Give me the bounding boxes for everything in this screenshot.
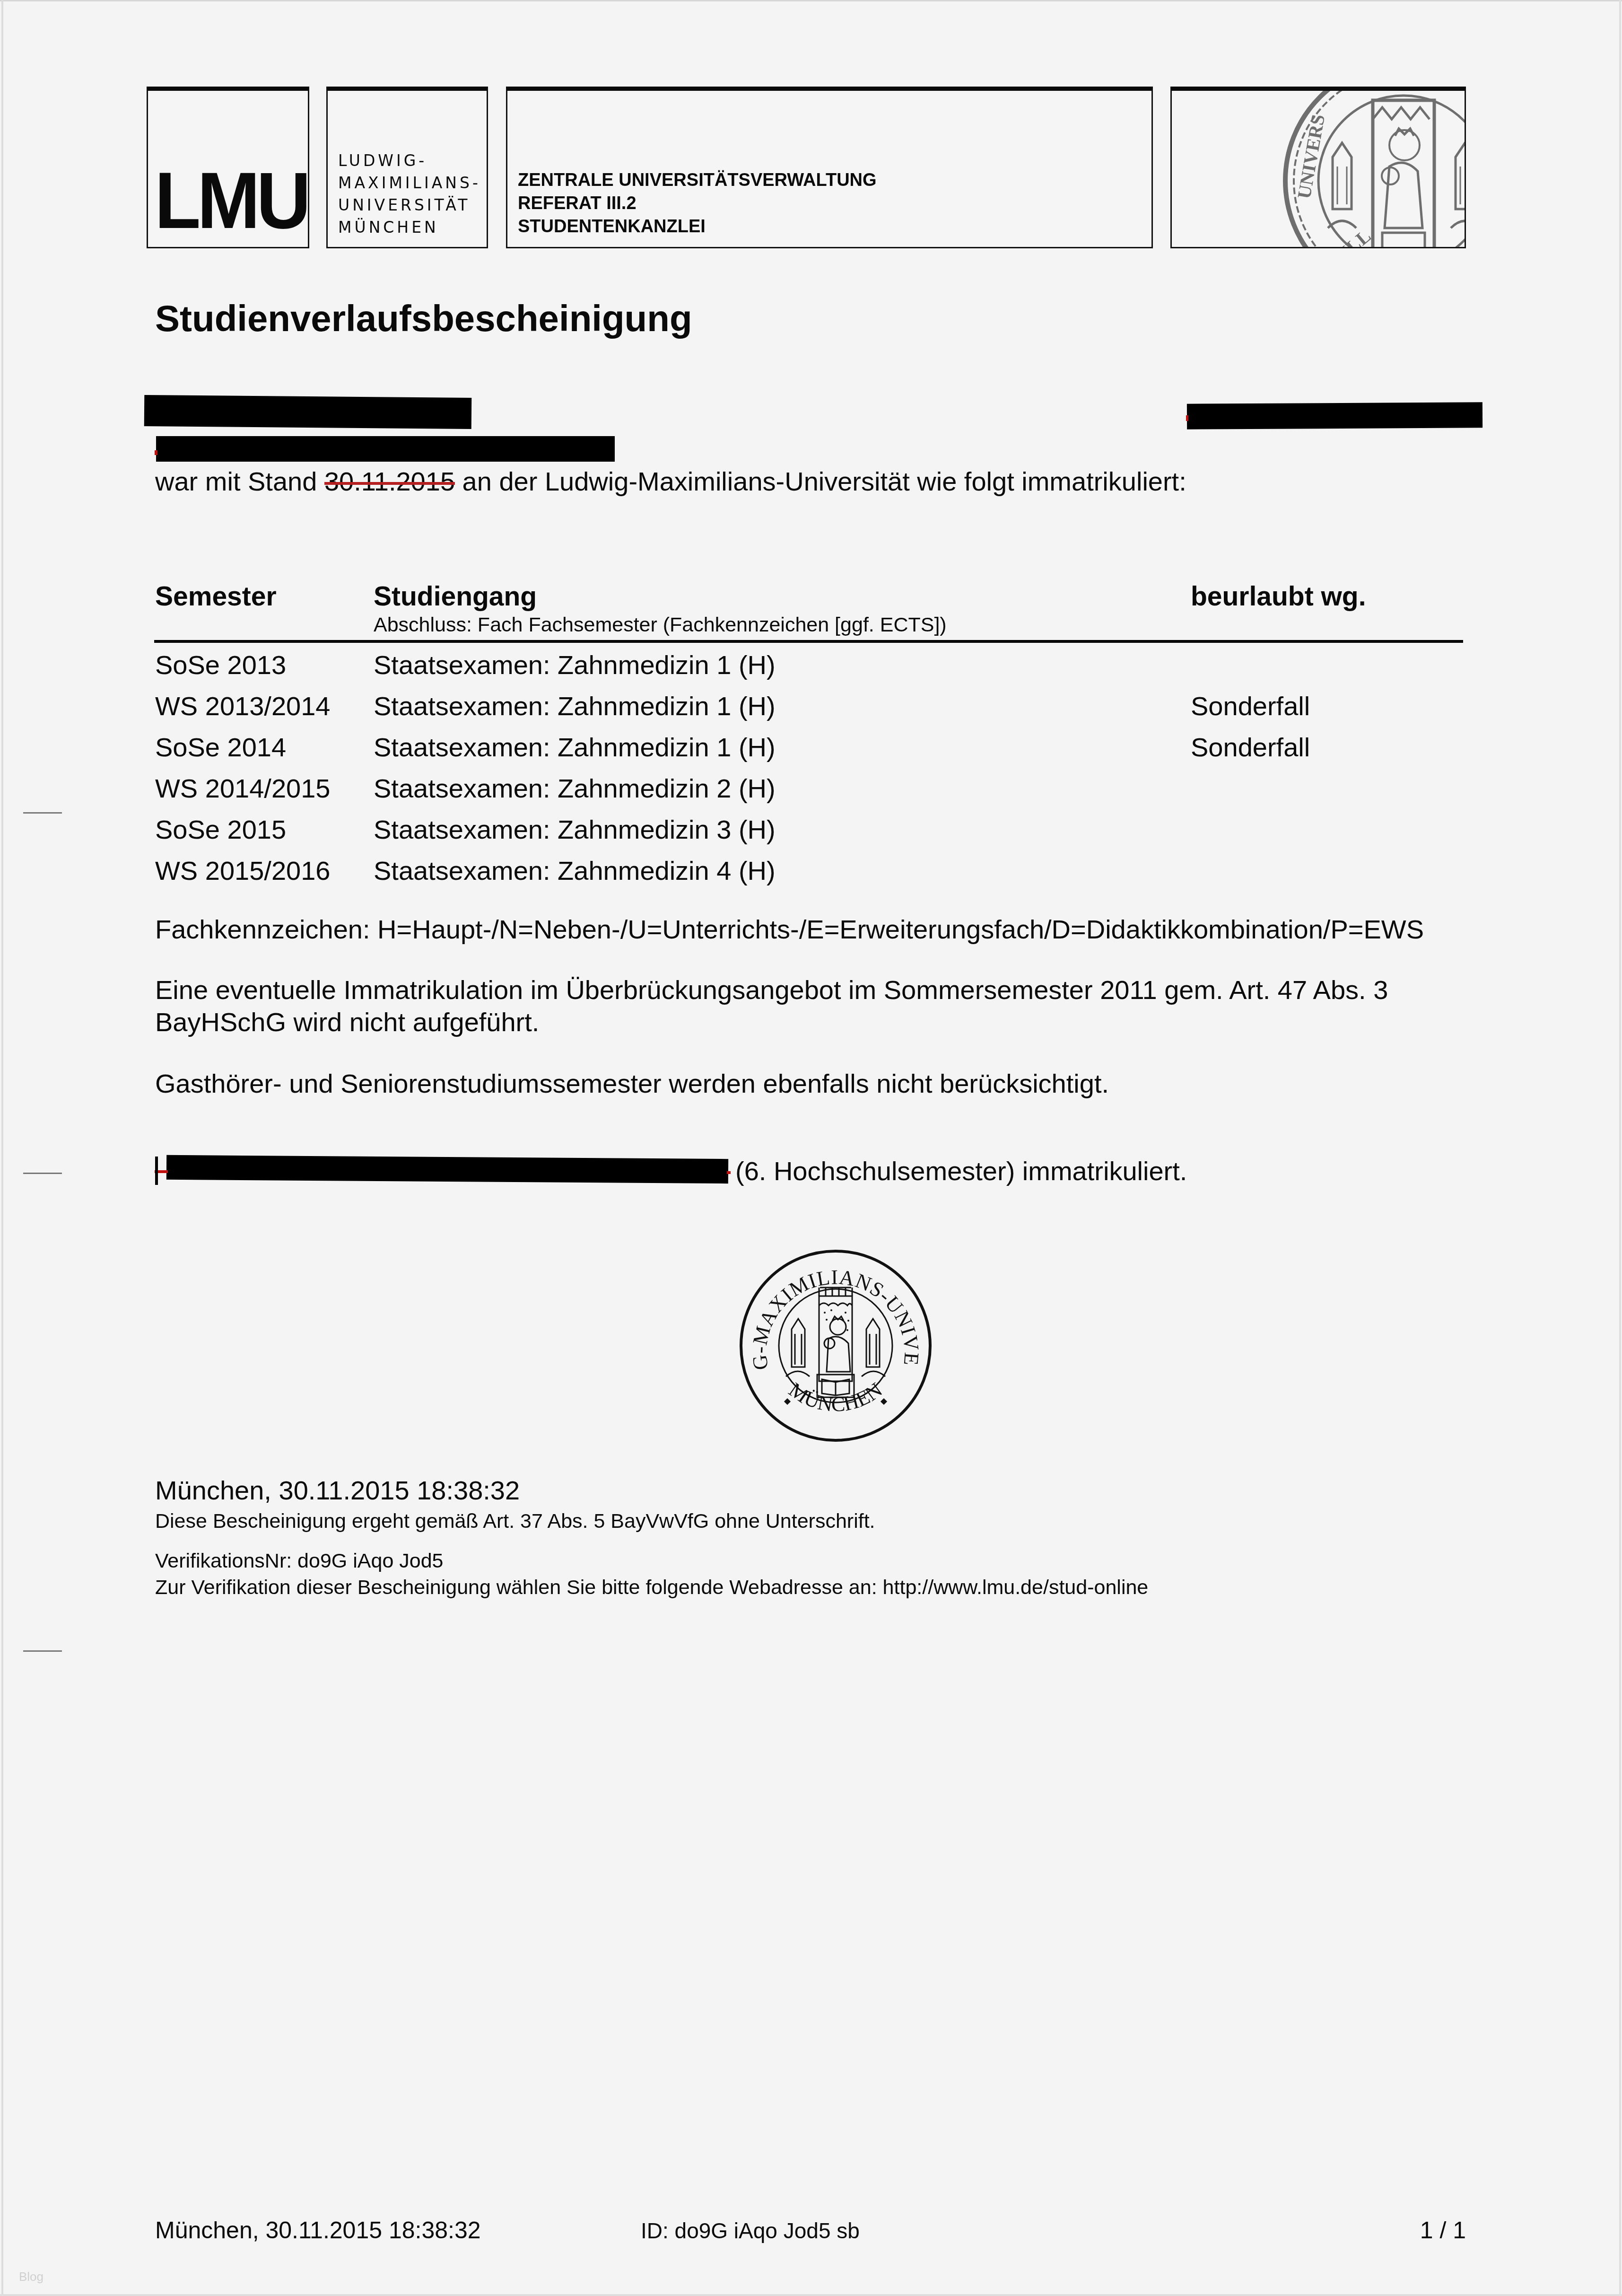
bridge-note-line-2: BayHSchG wird nicht aufgeführt. <box>155 1007 539 1037</box>
cell-beurlaubt: Sonderfall <box>1191 691 1310 721</box>
table-row: SoSe 2013 Staatsexamen: Zahnmedizin 1 (H… <box>0 649 1622 687</box>
cell-semester: SoSe 2014 <box>155 732 286 762</box>
university-name: LUDWIG- MAXIMILIANS- UNIVERSITÄT MÜNCHEN <box>338 149 481 238</box>
university-seal-icon: LUDWIG-MAXIMILIANS-UNIVERSITÄT MÜNCHEN <box>739 1249 933 1443</box>
column-header-beurlaubt: beurlaubt wg. <box>1191 581 1366 612</box>
department-line: REFERAT III.2 <box>518 192 877 215</box>
watermark: Blog <box>19 2270 44 2284</box>
table-row: WS 2014/2015 Staatsexamen: Zahnmedizin 2… <box>0 773 1622 811</box>
verification-instructions: Zur Verifikation dieser Bescheinigung wä… <box>155 1576 1148 1599</box>
redacted-first-letter <box>155 1157 167 1185</box>
svg-text:SIGILL: SIGILL <box>1311 225 1375 248</box>
hochschulsemester-statement: (6. Hochschulsemester) immatrikuliert. <box>735 1156 1187 1186</box>
cell-studiengang: Staatsexamen: Zahnmedizin 2 (H) <box>374 773 776 804</box>
footer-date: München, 30.11.2015 18:38:32 <box>155 2217 481 2244</box>
redacted-birth-info <box>156 436 615 462</box>
university-name-line: MÜNCHEN <box>338 216 481 238</box>
column-subheader-studiengang: Abschluss: Fach Fachsemester (Fachkennze… <box>374 613 947 637</box>
red-edit-mark <box>1186 415 1188 421</box>
cell-semester: SoSe 2015 <box>155 814 286 845</box>
table-header-rule <box>154 640 1463 643</box>
page-edge-top <box>0 0 1622 1</box>
university-seal-icon: UNIVERS SIGILL <box>1281 87 1466 248</box>
fachkennzeichen-legend: Fachkennzeichen: H=Haupt-/N=Neben-/U=Unt… <box>155 914 1424 945</box>
page-edge-right <box>1619 0 1621 2296</box>
intro-statement: war mit Stand 30.11.2015 an der Ludwig-M… <box>155 466 1186 497</box>
verification-number: VerifikationsNr: do9G iAqo Jod5 <box>155 1550 444 1573</box>
table-row: SoSe 2015 Staatsexamen: Zahnmedizin 3 (H… <box>0 814 1622 852</box>
issue-place-date: München, 30.11.2015 18:38:32 <box>155 1475 520 1506</box>
intro-prefix: war mit Stand <box>155 466 324 496</box>
cell-semester: SoSe 2013 <box>155 649 286 680</box>
university-name-line: UNIVERSITÄT <box>338 194 481 216</box>
document-title: Studienverlaufsbescheinigung <box>155 297 692 340</box>
red-edit-mark <box>155 450 157 455</box>
table-row: SoSe 2014 Staatsexamen: Zahnmedizin 1 (H… <box>0 732 1622 770</box>
page-edge-left <box>1 0 3 2296</box>
fold-mark <box>23 1173 62 1174</box>
header-department-box: ZENTRALE UNIVERSITÄTSVERWALTUNG REFERAT … <box>506 87 1153 248</box>
cell-semester: WS 2014/2015 <box>155 773 330 804</box>
column-header-studiengang: Studiengang <box>374 581 537 612</box>
table-row: WS 2015/2016 Staatsexamen: Zahnmedizin 4… <box>0 855 1622 893</box>
university-name-line: MAXIMILIANS- <box>338 172 481 194</box>
header-seal-box: UNIVERS SIGILL <box>1170 87 1466 248</box>
redacted-name <box>144 395 472 429</box>
bridge-note-line-1: Eine eventuelle Immatrikulation im Überb… <box>155 974 1388 1005</box>
university-name-line: LUDWIG- <box>338 149 481 172</box>
footer-page-number: 1 / 1 <box>1420 2217 1466 2244</box>
redacted-matriculation-number <box>1187 402 1482 429</box>
header-logo-box: LMU <box>147 87 309 248</box>
no-signature-note: Diese Bescheinigung ergeht gemäß Art. 37… <box>155 1510 875 1533</box>
column-header-semester: Semester <box>155 581 277 612</box>
cell-beurlaubt: Sonderfall <box>1191 732 1310 762</box>
header-university-name-box: LUDWIG- MAXIMILIANS- UNIVERSITÄT MÜNCHEN <box>326 87 488 248</box>
guest-semester-note: Gasthörer- und Seniorenstudiumssemester … <box>155 1068 1109 1099</box>
page-edge-bottom <box>0 2294 1622 2296</box>
cell-studiengang: Staatsexamen: Zahnmedizin 1 (H) <box>374 732 776 762</box>
red-edit-mark <box>727 1171 731 1174</box>
cell-studiengang: Staatsexamen: Zahnmedizin 1 (H) <box>374 649 776 680</box>
fold-mark <box>23 1650 62 1652</box>
footer-document-id: ID: do9G iAqo Jod5 sb <box>641 2218 860 2243</box>
intro-date-struck: 30.11.2015 <box>324 466 455 496</box>
cell-studiengang: Staatsexamen: Zahnmedizin 4 (H) <box>374 855 776 886</box>
redacted-enrollment-status <box>166 1155 728 1183</box>
table-row: WS 2013/2014 Staatsexamen: Zahnmedizin 1… <box>0 691 1622 728</box>
fold-mark <box>23 812 62 814</box>
cell-studiengang: Staatsexamen: Zahnmedizin 3 (H) <box>374 814 776 845</box>
department-line: ZENTRALE UNIVERSITÄTSVERWALTUNG <box>518 169 877 192</box>
department-name: ZENTRALE UNIVERSITÄTSVERWALTUNG REFERAT … <box>518 169 877 238</box>
cell-semester: WS 2013/2014 <box>155 691 330 721</box>
intro-suffix: an der Ludwig-Maximilians-Universität wi… <box>455 466 1186 496</box>
department-line: STUDENTENKANZLEI <box>518 215 877 238</box>
cell-semester: WS 2015/2016 <box>155 855 330 886</box>
cell-studiengang: Staatsexamen: Zahnmedizin 1 (H) <box>374 691 776 721</box>
lmu-logo: LMU <box>155 161 307 240</box>
